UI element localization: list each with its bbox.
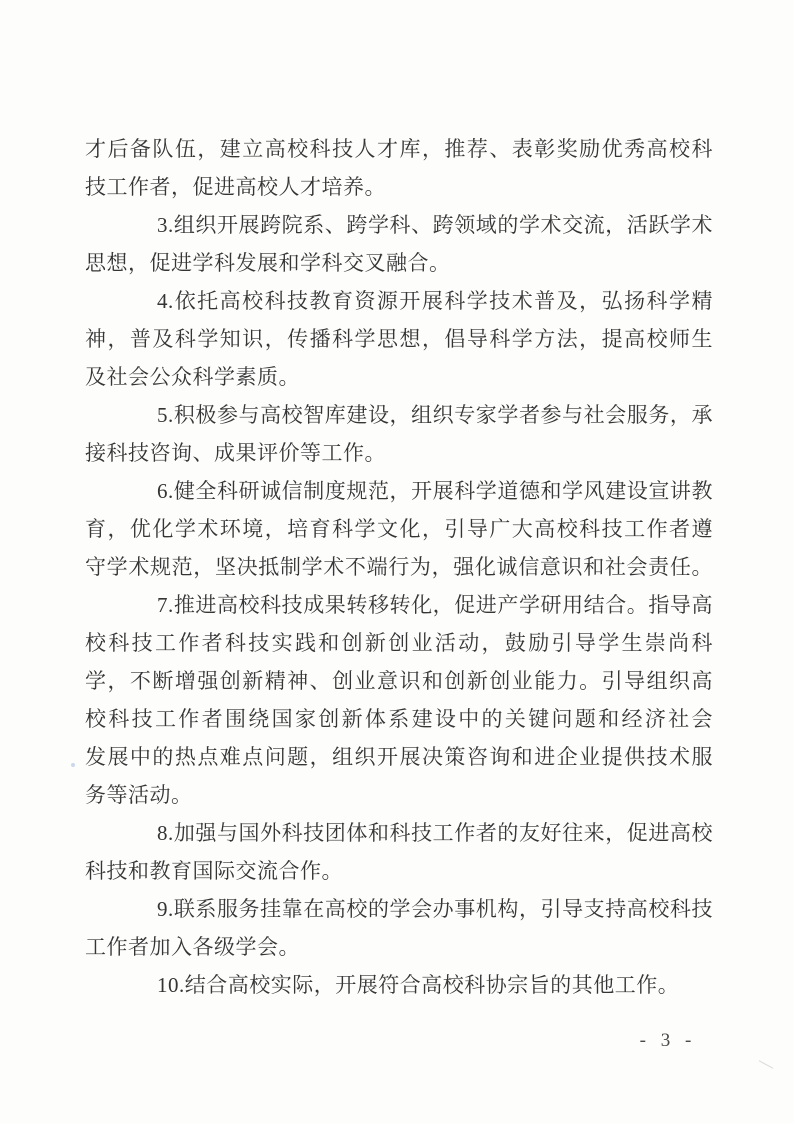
text-line: 技工作者，促进高校人才培养。: [85, 168, 713, 206]
document-body: 才后备队伍，建立高校科技人才库，推荐、表彰奖励优秀高校科 技工作者，促进高校人才…: [85, 130, 713, 1004]
text-line: 务等活动。: [85, 776, 713, 814]
text-line: 科技和教育国际交流合作。: [85, 852, 713, 890]
text-line: 7.推进高校科技成果转移转化，促进产学研用结合。指导高: [85, 586, 713, 624]
document-page: 才后备队伍，建立高校科技人才库，推荐、表彰奖励优秀高校科 技工作者，促进高校人才…: [0, 0, 794, 1123]
text-line: 校科技工作者科技实践和创新创业活动，鼓励引导学生崇尚科: [85, 624, 713, 662]
text-line: 校科技工作者围绕国家创新体系建设中的关键问题和经济社会: [85, 700, 713, 738]
text-line: 接科技咨询、成果评价等工作。: [85, 434, 713, 472]
page-number: - 3 -: [628, 1026, 708, 1056]
text-line: 及社会公众科学素质。: [85, 358, 713, 396]
text-line: 9.联系服务挂靠在高校的学会办事机构，引导支持高校科技: [85, 890, 713, 928]
text-line: 才后备队伍，建立高校科技人才库，推荐、表彰奖励优秀高校科: [85, 130, 713, 168]
text-line: 守学术规范，坚决抵制学术不端行为，强化诚信意识和社会责任。: [85, 548, 713, 586]
text-line: 发展中的热点难点问题，组织开展决策咨询和进企业提供技术服: [85, 738, 713, 776]
text-line: 工作者加入各级学会。: [85, 928, 713, 966]
text-line: 育，优化学术环境，培育科学文化，引导广大高校科技工作者遵: [85, 510, 713, 548]
text-line: 10.结合高校实际，开展符合高校科协宗旨的其他工作。: [85, 966, 713, 1004]
scan-artifact-dot: [71, 763, 75, 767]
text-line: 4.依托高校科技教育资源开展科学技术普及，弘扬科学精: [85, 282, 713, 320]
text-line: 8.加强与国外科技团体和科技工作者的友好往来，促进高校: [85, 814, 713, 852]
text-line: 3.组织开展跨院系、跨学科、跨领域的学术交流，活跃学术: [85, 206, 713, 244]
text-line: 思想，促进学科发展和学科交叉融合。: [85, 244, 713, 282]
text-line: 6.健全科研诚信制度规范，开展科学道德和学风建设宣讲教: [85, 472, 713, 510]
scan-artifact-scratch: [759, 1060, 774, 1068]
text-line: 学，不断增强创新精神、创业意识和创新创业能力。引导组织高: [85, 662, 713, 700]
text-line: 神，普及科学知识，传播科学思想，倡导科学方法，提高校师生: [85, 320, 713, 358]
text-line: 5.积极参与高校智库建设，组织专家学者参与社会服务，承: [85, 396, 713, 434]
